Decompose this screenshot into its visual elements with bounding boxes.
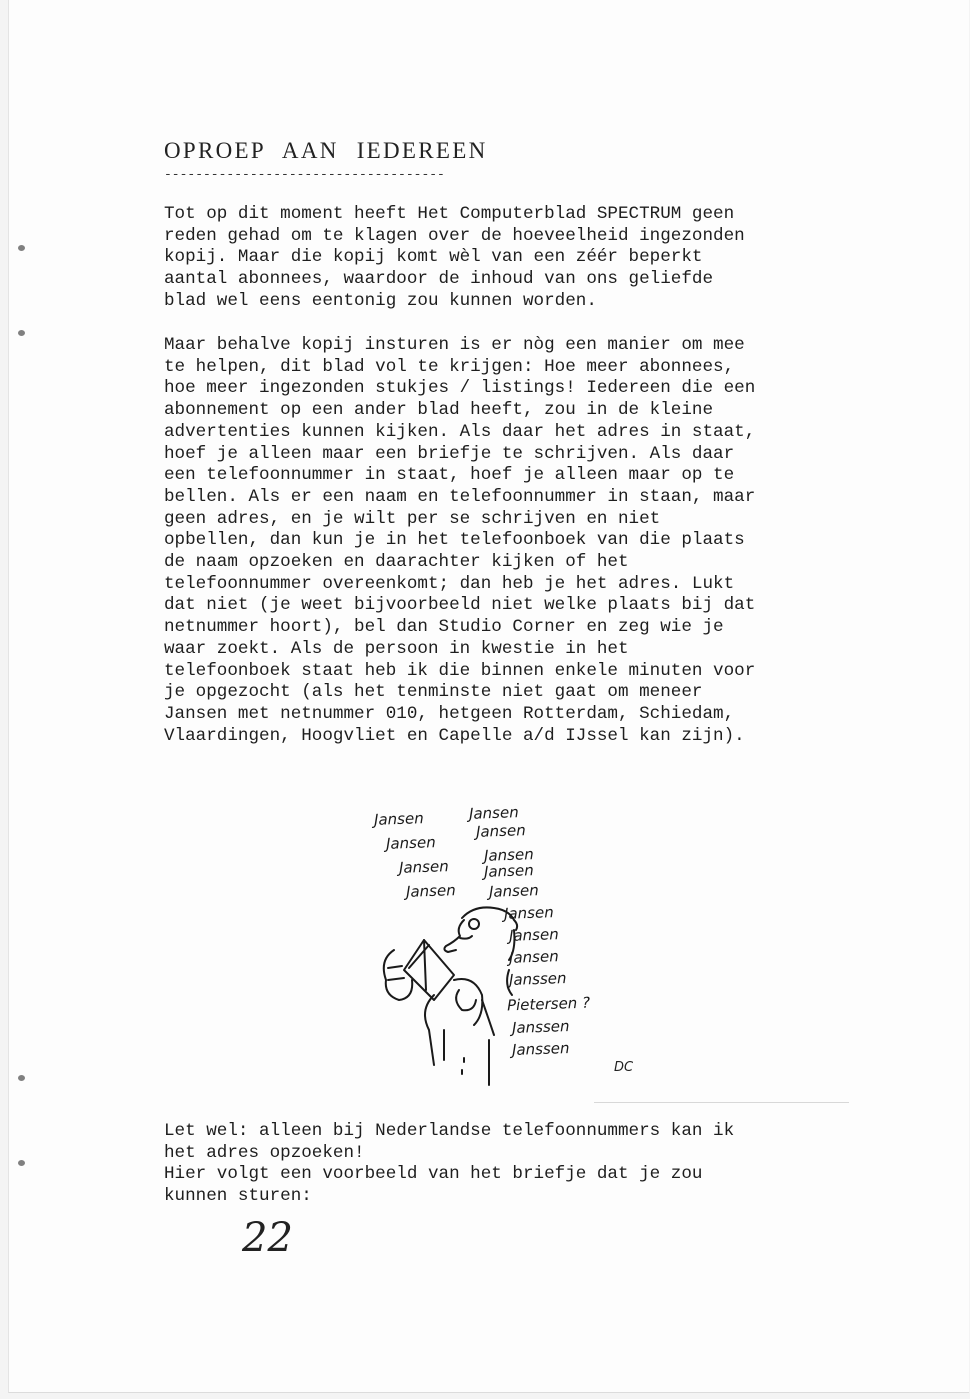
- page-number: 22: [242, 1215, 293, 1261]
- paragraph-note: Let wel: alleen bij Nederlandse telefoon…: [164, 1121, 734, 1208]
- paragraph-intro: Tot op dit moment heeft Het Computerblad…: [164, 204, 745, 313]
- handwritten-name: Jansen: [399, 857, 449, 877]
- handwritten-name: Jansen: [484, 861, 534, 881]
- cartoon-phonebook-reader: Jansen Jansen Jansen Jansen Jansen Janse…: [364, 800, 664, 1090]
- handwritten-name: Jansen: [374, 809, 424, 829]
- handwritten-name-pietersen: Pietersen ?: [507, 994, 591, 1015]
- punch-hole-mark: [18, 245, 25, 251]
- punch-hole-mark: [18, 1075, 25, 1081]
- handwritten-name: Jansen: [386, 833, 436, 853]
- bleed-through-rule: [594, 1102, 849, 1103]
- handwritten-name: Jansen: [509, 925, 559, 945]
- paragraph-how-to-help: Maar behalve kopij insturen is er nòg ee…: [164, 335, 755, 747]
- handwritten-name: Jansen: [489, 881, 539, 901]
- handwritten-name: Jansen: [476, 821, 526, 841]
- article-title: OPROEP AAN IEDEREEN: [164, 138, 488, 164]
- handwritten-name: Janssen: [512, 1039, 570, 1059]
- handwritten-name: Jansen: [504, 903, 554, 923]
- handwritten-name: Jansen: [469, 803, 519, 823]
- handwritten-name: Jansen: [406, 881, 456, 901]
- handwritten-name: Janssen: [512, 1017, 570, 1037]
- handwritten-name: Jansen: [509, 947, 559, 967]
- document-page: OPROEP AAN IEDEREEN --------------------…: [8, 0, 969, 1393]
- punch-hole-mark: [18, 1160, 25, 1166]
- handwritten-name: Janssen: [509, 969, 567, 989]
- cartoonist-signature: DC: [614, 1060, 633, 1075]
- title-underline: ------------------------------------: [164, 167, 445, 182]
- punch-hole-mark: [18, 330, 25, 336]
